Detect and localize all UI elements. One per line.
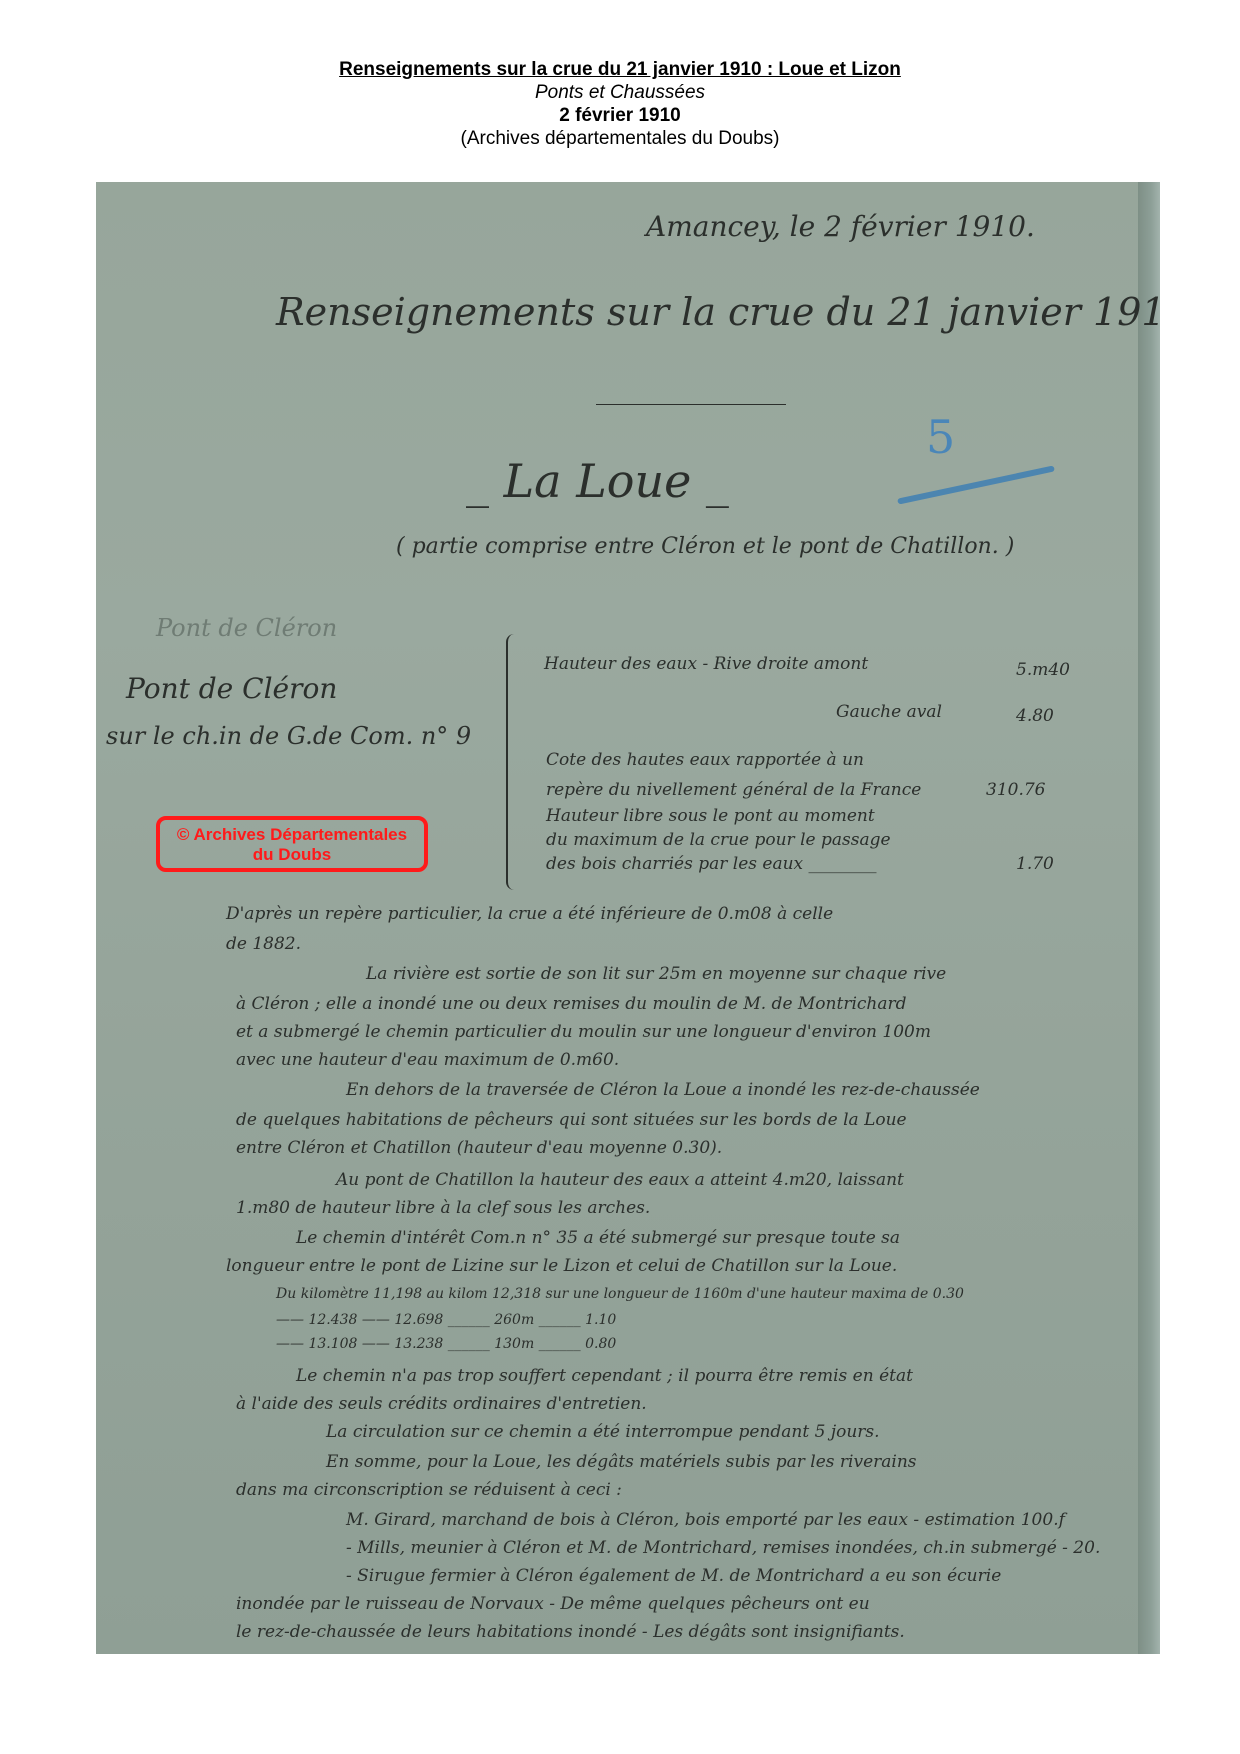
river-title: _ La Loue _	[466, 454, 729, 508]
body-line: à Cléron ; elle a inondé une ou deux rem…	[236, 994, 907, 1014]
body-line: - Sirugue fermier à Cléron également de …	[346, 1566, 1001, 1586]
blue-pencil-stroke	[897, 465, 1055, 504]
measure-label: des bois charriés par les eaux ________	[546, 854, 877, 874]
measure-value: 5.m40	[1016, 660, 1070, 680]
body-line: Le chemin n'a pas trop souffert cependan…	[296, 1366, 913, 1386]
place-date: Amancey, le 2 février 1910.	[646, 210, 1035, 243]
body-line: La rivière est sortie de son lit sur 25m…	[366, 964, 946, 984]
watermark-line-1: © Archives Départementales	[160, 825, 424, 845]
body-line: —— 12.438 —— 12.698 ______ 260m ______ 1…	[276, 1312, 616, 1328]
section-note: ( partie comprise entre Cléron et le pon…	[396, 534, 1014, 559]
page-edge-shadow	[1138, 182, 1160, 1654]
body-line: dans ma circonscription se réduisent à c…	[236, 1480, 622, 1500]
manuscript-heading: Renseignements sur la crue du 21 janvier…	[276, 290, 1160, 334]
body-line: et a submergé le chemin particulier du m…	[236, 1022, 931, 1042]
body-line: à l'aide des seuls crédits ordinaires d'…	[236, 1394, 647, 1414]
watermark-line-2: du Doubs	[160, 845, 424, 865]
body-line: —— 13.108 —— 13.238 ______ 130m ______ 0…	[276, 1336, 616, 1352]
measure-label: du maximum de la crue pour le passage	[546, 830, 891, 850]
body-line: entre Cléron et Chatillon (hauteur d'eau…	[236, 1138, 722, 1158]
faint-erased-label: Pont de Cléron	[156, 614, 337, 642]
document-date: 2 février 1910	[0, 104, 1240, 127]
body-line: La circulation sur ce chemin a été inter…	[326, 1422, 880, 1442]
measure-value: 310.76	[986, 780, 1045, 800]
body-line: En dehors de la traversée de Cléron la L…	[346, 1080, 980, 1100]
body-line: - Mills, meunier à Cléron et M. de Montr…	[346, 1538, 1100, 1558]
bridge-name: Pont de Cléron	[126, 672, 337, 705]
bridge-road: sur le ch.in de G.de Com. n° 9	[106, 722, 471, 750]
body-line: longueur entre le pont de Lizine sur le …	[226, 1256, 897, 1276]
document-subtitle: Ponts et Chaussées	[0, 81, 1240, 104]
measure-label: repère du nivellement général de la Fran…	[546, 780, 921, 800]
document-title: Renseignements sur la crue du 21 janvier…	[0, 58, 1240, 81]
body-line: le rez-de-chaussée de leurs habitations …	[236, 1622, 905, 1642]
measure-value: 4.80	[1016, 706, 1054, 726]
heading-rule	[596, 404, 786, 405]
body-line: de 1882.	[226, 934, 301, 954]
body-line: 1.m80 de hauteur libre à la clef sous le…	[236, 1198, 650, 1218]
measure-label: Hauteur des eaux - Rive droite amont	[544, 654, 868, 674]
body-line: inondée par le ruisseau de Norvaux - De …	[236, 1594, 870, 1614]
manuscript-photo: Amancey, le 2 février 1910. Renseignemen…	[96, 182, 1160, 1654]
measure-label: Hauteur libre sous le pont au moment	[546, 806, 875, 826]
body-line: M. Girard, marchand de bois à Cléron, bo…	[346, 1510, 1065, 1530]
blue-mark: 5	[926, 410, 955, 464]
body-line: de quelques habitations de pêcheurs qui …	[236, 1110, 907, 1130]
body-line: Le chemin d'intérêt Com.n n° 35 a été su…	[296, 1228, 900, 1248]
measure-label: Cote des hautes eaux rapportée à un	[546, 750, 864, 770]
document-source: (Archives départementales du Doubs)	[0, 127, 1240, 150]
brace-bracket	[506, 634, 522, 890]
body-line: Au pont de Chatillon la hauteur des eaux…	[336, 1170, 904, 1190]
measure-label: Gauche aval	[836, 702, 942, 722]
copyright-watermark: © Archives Départementales du Doubs	[156, 816, 428, 872]
measure-value: 1.70	[1016, 854, 1054, 874]
body-line: avec une hauteur d'eau maximum de 0.m60.	[236, 1050, 619, 1070]
document-header: Renseignements sur la crue du 21 janvier…	[0, 58, 1240, 150]
body-line: D'après un repère particulier, la crue a…	[226, 904, 833, 924]
body-line: En somme, pour la Loue, les dégâts matér…	[326, 1452, 917, 1472]
body-line: Du kilomètre 11,198 au kilom 12,318 sur …	[276, 1286, 964, 1302]
